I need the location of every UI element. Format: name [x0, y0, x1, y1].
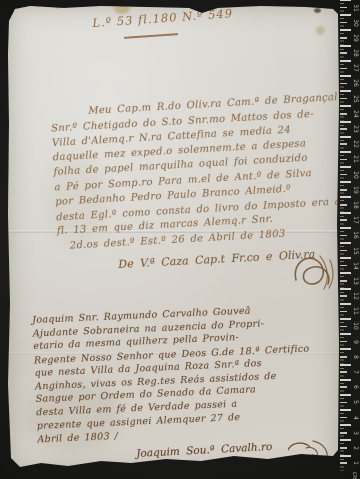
ruler-cm-number: 5: [351, 396, 359, 408]
ruler-cm-number: 26: [351, 77, 359, 89]
ruler-cm-cell: 31: [340, 0, 360, 15]
archival-cm-ruler: 31 30 29 28 27 26 25 24 23 22 21 20 19 1…: [340, 0, 360, 479]
ruler-cm-number: 6: [351, 381, 359, 393]
ruler-cm-cell: 14: [340, 258, 360, 273]
ruler-cm-number: 8: [351, 351, 359, 363]
ruler-cm-cell: 26: [340, 76, 360, 91]
ruler-cm-number: 21: [351, 153, 359, 165]
archival-note-underline: [124, 33, 178, 38]
certificate-body: Joaquim Snr. Raymundo Carvalho GouveâAju…: [32, 301, 325, 445]
ruler-cm-number: 25: [351, 93, 359, 105]
ruler-cm-number: 7: [351, 366, 359, 378]
ruler-cm-number: 4: [351, 412, 359, 424]
letter-closing-signature: De V.ª Caza Cap.t Fr.co e Oliv.ra: [118, 248, 315, 271]
ruler-unit-label: cm: [351, 472, 358, 479]
ruler-cm-cell: 20: [340, 167, 360, 182]
ruler-cm-number: 12: [351, 290, 359, 302]
ruler-cm-cell: 2: [340, 440, 360, 455]
ruler-cm-cell: 10: [340, 319, 360, 334]
ruler-cm-number: 3: [351, 427, 359, 439]
ruler-cm-number: 20: [351, 169, 359, 181]
ruler-cm-number: 22: [351, 138, 359, 150]
foxing-stain: [316, 26, 325, 35]
ruler-cm-number: 28: [351, 47, 359, 59]
ruler-cm-cell: 6: [340, 380, 360, 395]
edge-chip: [54, 3, 62, 8]
ruler-cm-number: 13: [351, 275, 359, 287]
ruler-cm-number: 14: [351, 260, 359, 272]
ruler-cm-cell: 24: [340, 106, 360, 121]
ruler-cm-cell: 16: [340, 228, 360, 243]
ruler-cm-cell: 23: [340, 122, 360, 137]
ruler-cm-cell: 5: [340, 395, 360, 410]
ruler-cm-number: 2: [351, 442, 359, 454]
ruler-cm-cell: 1: [340, 456, 360, 471]
ruler-cm-cell: 3: [340, 425, 360, 440]
foxing-stain: [114, 2, 130, 14]
ruler-cm-number: 11: [351, 305, 359, 317]
ruler-cm-number: 19: [351, 184, 359, 196]
ruler-cm-cell: 22: [340, 137, 360, 152]
ruler-cm-number: 27: [351, 62, 359, 74]
ruler-cm-number: 23: [351, 123, 359, 135]
ruler-cm-cell: 4: [340, 410, 360, 425]
certificate-signature: Joaquim Sou.ª Cavalh.ro: [136, 441, 273, 460]
ruler-cm-cell: 28: [340, 46, 360, 61]
ruler-cm-number: 9: [351, 336, 359, 348]
ruler-cm-number: 16: [351, 229, 359, 241]
ruler-cm-cell: 25: [340, 91, 360, 106]
ruler-cm-cell: 21: [340, 152, 360, 167]
ruler-cm-number: 17: [351, 214, 359, 226]
ink-fleck: [314, 8, 321, 13]
ruler-cm-cell: 11: [340, 304, 360, 319]
ruler-cm-number: 10: [351, 320, 359, 332]
ruler-cm-cell: 18: [340, 197, 360, 212]
archival-folio-note: L.º 53 fl.180 N.º 549: [92, 3, 283, 30]
ruler-cm-number: 29: [351, 32, 359, 44]
scan-background: L.º 53 fl.180 N.º 549 Meu Cap.m R.do Oli…: [0, 0, 360, 479]
letter-body: Meu Cap.m R.do Oliv.ra Cam.ª de Bragança…: [50, 91, 350, 255]
ruler-cm-cell: 13: [340, 273, 360, 288]
ruler-cm-cell: 9: [340, 334, 360, 349]
ruler-cm-number: 24: [351, 108, 359, 120]
ruler-cm-cell: 15: [340, 243, 360, 258]
ruler-cm-cell: 29: [340, 30, 360, 45]
ruler-cm-number: 1: [351, 457, 359, 469]
ruler-cm-cell: 27: [340, 61, 360, 76]
ruler-cm-cell: 19: [340, 182, 360, 197]
ruler-cm-cell: 8: [340, 349, 360, 364]
ruler-cm-number: 18: [351, 199, 359, 211]
ruler-cm-cell: 12: [340, 289, 360, 304]
ruler-cm-number: 30: [351, 17, 359, 29]
manuscript-page: L.º 53 fl.180 N.º 549 Meu Cap.m R.do Oli…: [6, 4, 340, 474]
ruler-cm-number: 15: [351, 245, 359, 257]
ruler-cm-cell: 7: [340, 365, 360, 380]
signature-paraph-icon: [288, 434, 338, 474]
ruler-cm-cell: 17: [340, 213, 360, 228]
ruler-cm-cell: 30: [340, 15, 360, 30]
ruler-cm-number: 31: [351, 2, 359, 14]
